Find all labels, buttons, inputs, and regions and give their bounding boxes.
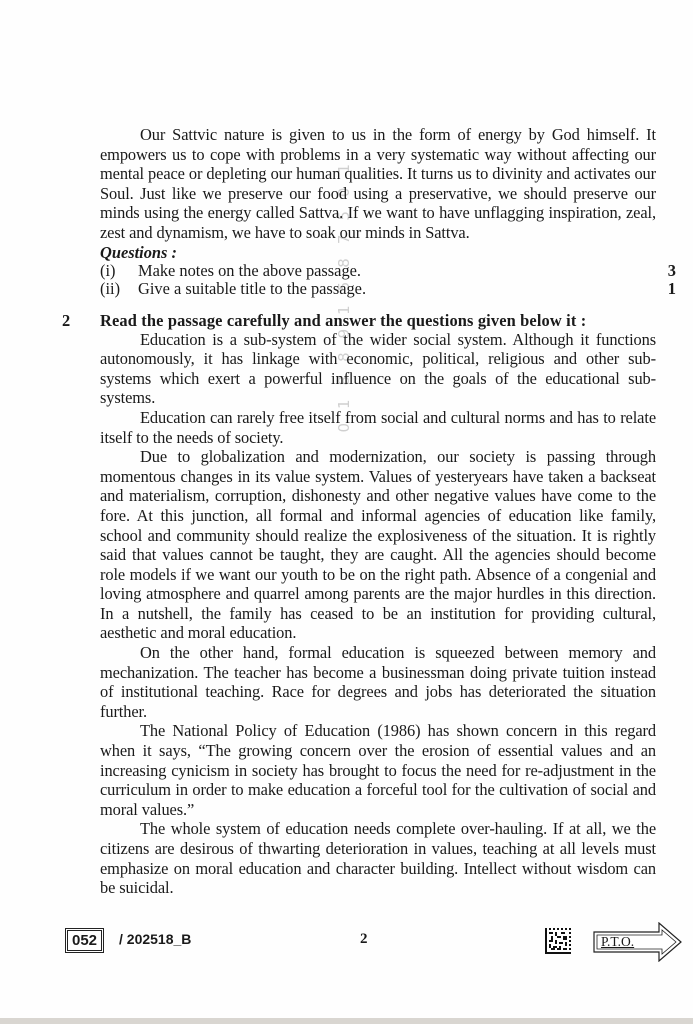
question-2-number: 2 <box>62 311 70 330</box>
pto-arrow: P.T.O. <box>593 922 683 962</box>
exam-page: 018891587501 Our Sattvic nature is given… <box>0 0 693 1018</box>
page-number: 2 <box>360 931 368 948</box>
qr-code-icon <box>545 928 571 954</box>
question-item: (i) Make notes on the above passage. 3 <box>100 262 656 281</box>
questions-heading: Questions : <box>100 243 656 262</box>
paper-code: / 202518_B <box>119 931 191 947</box>
question-marks: 1 <box>668 280 676 299</box>
pto-label: P.T.O. <box>601 934 634 950</box>
question-text: Make notes on the above passage. <box>138 262 656 281</box>
question-number: (ii) <box>100 280 138 299</box>
passage-2-paragraph: Education can rarely free itself from so… <box>100 408 656 447</box>
passage-2-paragraph: Education is a sub-system of the wider s… <box>100 330 656 408</box>
question-number: (i) <box>100 262 138 281</box>
question-marks: 3 <box>668 262 676 281</box>
question-2: 2 Read the passage carefully and answer … <box>100 311 656 898</box>
subject-code-box: 052 <box>65 928 104 953</box>
question-text: Give a suitable title to the passage. <box>138 280 656 299</box>
passage-2-paragraph: On the other hand, formal education is s… <box>100 643 656 721</box>
question-2-instruction: Read the passage carefully and answer th… <box>100 311 656 330</box>
question-item: (ii) Give a suitable title to the passag… <box>100 280 656 299</box>
page-content: Our Sattvic nature is given to us in the… <box>100 125 656 898</box>
passage-2-paragraph: Due to globalization and modernization, … <box>100 447 656 643</box>
passage-1-text: Our Sattvic nature is given to us in the… <box>100 125 656 243</box>
page-footer: 052 / 202518_B 2 P.T.O. <box>65 928 655 960</box>
page-bottom-edge <box>0 1018 693 1024</box>
passage-2-paragraph: The National Policy of Education (1986) … <box>100 721 656 819</box>
passage-2-paragraph: The whole system of education needs comp… <box>100 819 656 897</box>
